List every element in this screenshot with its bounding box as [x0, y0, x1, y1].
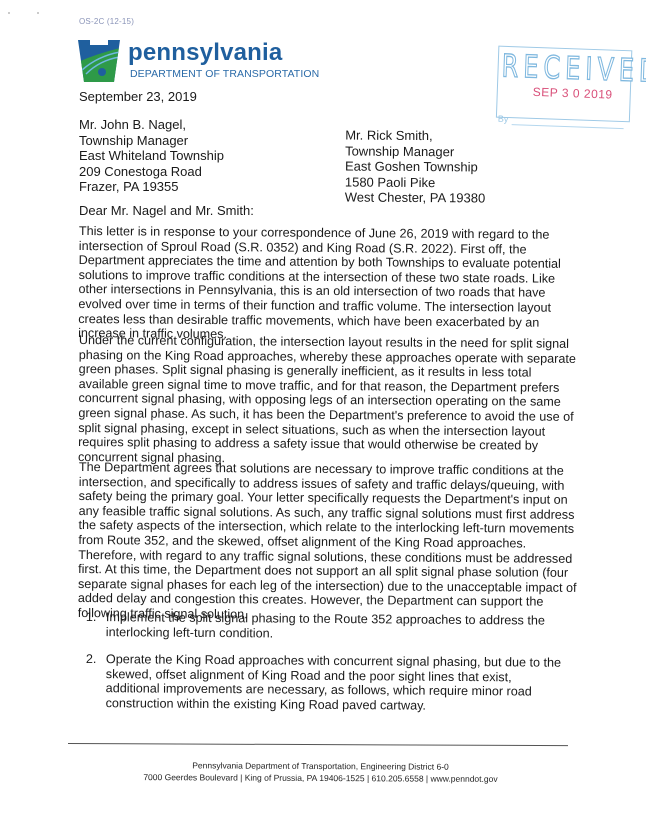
- address-line: Mr. John B. Nagel,: [79, 117, 224, 133]
- address-line: Mr. Rick Smith,: [345, 128, 486, 144]
- scan-speck: [37, 12, 39, 14]
- brand-subtitle: DEPARTMENT OF TRANSPORTATION: [130, 68, 319, 80]
- address-line: Township Manager: [345, 143, 486, 159]
- stamp-date: SEP 3 0 2019: [533, 85, 613, 102]
- footer-line-2: 7000 Geerdes Boulevard | King of Prussia…: [68, 771, 573, 786]
- scan-speck: [8, 12, 10, 14]
- brand-name: pennsylvania: [128, 39, 282, 67]
- numbered-list-item: 1. Implement the split signal phasing to…: [86, 610, 566, 657]
- recipient-address-left: Mr. John B. Nagel, Township Manager East…: [79, 117, 224, 195]
- recipient-address-right: Mr. Rick Smith, Township Manager East Go…: [345, 128, 486, 206]
- address-line: Frazer, PA 19355: [79, 179, 224, 195]
- list-number: 1.: [86, 610, 106, 639]
- list-text: Operate the King Road approaches with co…: [106, 652, 566, 714]
- stamp-by-label: By: [498, 114, 509, 124]
- footer-divider: [68, 743, 568, 746]
- stamp-signature-line: [512, 124, 624, 129]
- list-number: 2.: [86, 652, 106, 711]
- address-line: East Goshen Township: [345, 159, 486, 175]
- numbered-list-item: 2. Operate the King Road approaches with…: [85, 652, 566, 728]
- body-paragraph: Under the current configuration, the int…: [78, 333, 579, 468]
- stamp-title: RECEIVED: [501, 48, 646, 90]
- received-stamp: RECEIVED SEP 3 0 2019 By: [496, 46, 635, 129]
- letter-date: September 23, 2019: [79, 89, 197, 104]
- keystone-logo-icon: [78, 40, 120, 82]
- address-line: Township Manager: [79, 133, 224, 149]
- body-paragraph: This letter is in response to your corre…: [78, 224, 579, 345]
- address-line: West Chester, PA 19380: [345, 190, 486, 206]
- list-text: Implement the split signal phasing to th…: [106, 610, 566, 643]
- address-line: 1580 Paoli Pike: [345, 174, 486, 190]
- address-line: 209 Conestoga Road: [79, 164, 224, 180]
- salutation: Dear Mr. Nagel and Mr. Smith:: [79, 203, 254, 218]
- footer: Pennsylvania Department of Transportatio…: [68, 759, 573, 786]
- address-line: East Whiteland Township: [79, 148, 224, 164]
- form-code: OS-2C (12-15): [79, 17, 134, 26]
- body-paragraph: The Department agrees that solutions are…: [78, 460, 579, 624]
